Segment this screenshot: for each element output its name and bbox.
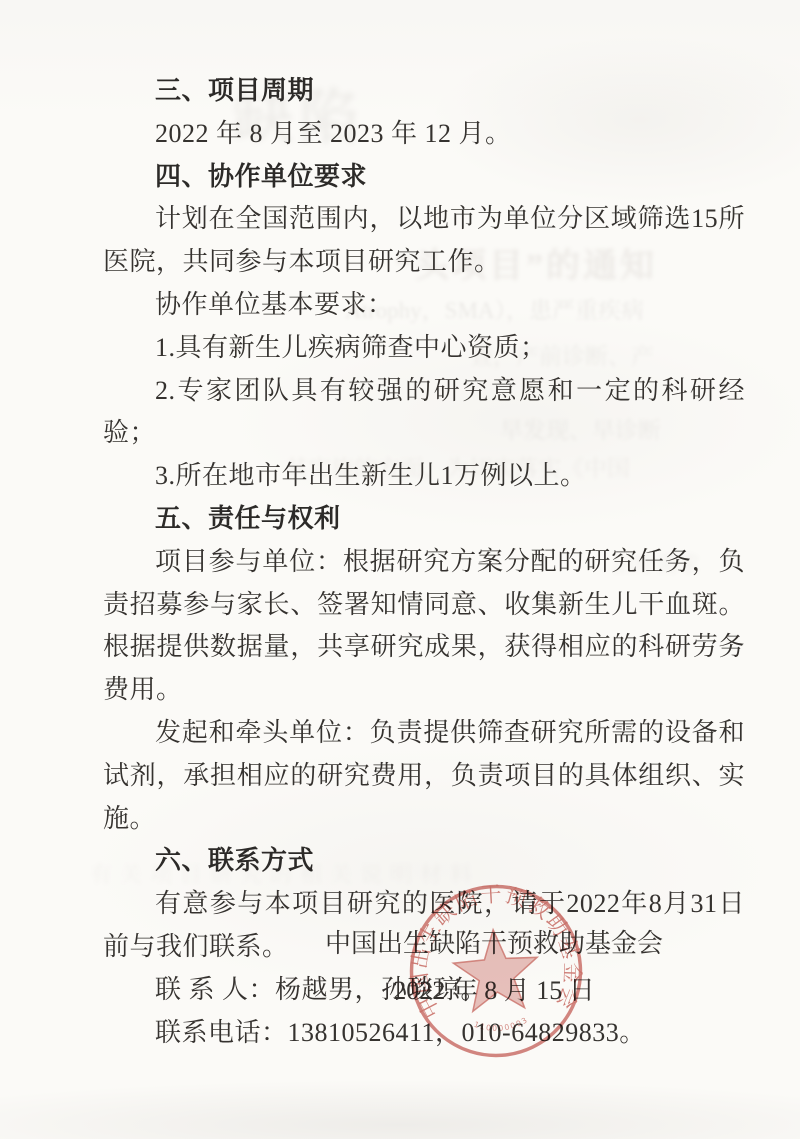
paragraph: 项目参与单位：根据研究方案分配的研究任务，负责招募参与家长、签署知情同意、收集新… bbox=[103, 541, 745, 712]
paragraph: 联系电话：13810526411，010-64829833。 bbox=[103, 1012, 745, 1055]
paragraph: 计划在全国范围内，以地市为单位分区域筛选15所医院，共同参与本项目研究工作。 bbox=[103, 198, 745, 284]
paragraph: 3.所在地市年出生新生儿1万例以上。 bbox=[103, 455, 745, 498]
paragraph: 协作单位基本要求： bbox=[103, 284, 745, 327]
signature-org: 中国出生缺陷干预救助基金会 bbox=[173, 920, 800, 967]
document-body: 三、项目周期2022 年 8 月至 2023 年 12 月。四、协作单位要求计划… bbox=[103, 70, 745, 1054]
section-heading: 三、项目周期 bbox=[103, 70, 745, 113]
signature-block: 中国出生缺陷干预救助基金会 2022 年 8 月 15 日 bbox=[103, 920, 745, 1014]
paragraph: 1.具有新生儿疾病筛查中心资质； bbox=[103, 327, 745, 370]
paragraph: 2.专家团队具有较强的研究意愿和一定的科研经验； bbox=[103, 370, 745, 456]
section-heading: 四、协作单位要求 bbox=[103, 156, 745, 199]
section-heading: 六、联系方式 bbox=[103, 840, 745, 883]
paragraph: 2022 年 8 月至 2023 年 12 月。 bbox=[103, 113, 745, 156]
signature-date: 2022 年 8 月 15 日 bbox=[173, 967, 800, 1014]
paragraph: 发起和牵头单位：负责提供筛查研究所需的设备和试剂，承担相应的研究费用，负责项目的… bbox=[103, 712, 745, 840]
section-heading: 五、责任与权利 bbox=[103, 498, 745, 541]
scanned-document-page: 缺陷 “头项目”的通知 Atrophy，SMA），患严重疾病 查，产前诊断、产 … bbox=[0, 0, 800, 1139]
